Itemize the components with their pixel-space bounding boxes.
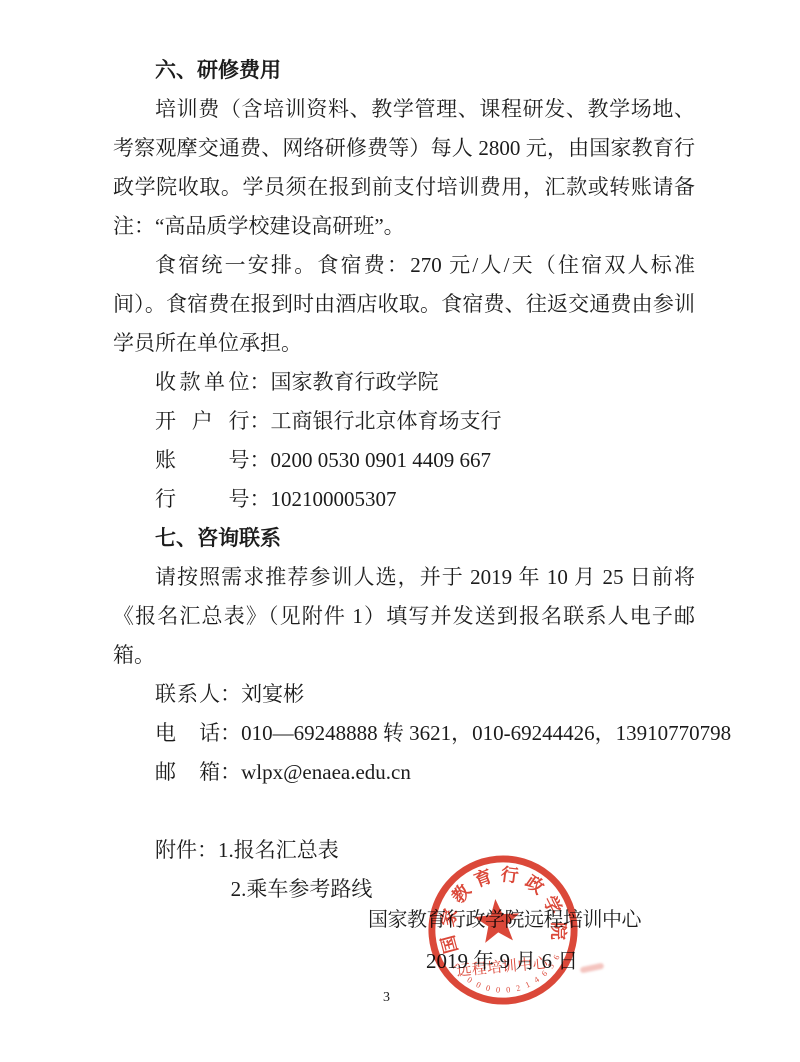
bank-value-branch: 工商银行北京体育场支行 xyxy=(271,409,502,433)
svg-text:6: 6 xyxy=(552,953,562,961)
svg-text:0: 0 xyxy=(475,980,482,990)
svg-text:0: 0 xyxy=(485,983,491,993)
bank-row-payee: 收款单位：国家教育行政学院 xyxy=(155,363,695,402)
contact-label-phone: 电话 xyxy=(155,714,220,753)
svg-text:4: 4 xyxy=(532,975,541,985)
contact-row-phone: 电话：010—69248888 转 3621，010-69244426，1391… xyxy=(155,714,695,753)
section-heading-contact: 七、咨询联系 xyxy=(113,519,695,558)
colon: ： xyxy=(250,487,271,511)
svg-text:行: 行 xyxy=(500,863,520,886)
colon: ： xyxy=(220,760,241,784)
svg-text:0: 0 xyxy=(506,985,511,994)
ink-smudge xyxy=(580,963,605,974)
svg-text:1: 1 xyxy=(524,980,532,990)
bank-value-account: 0200 0530 0901 4409 667 xyxy=(271,448,492,472)
document-page: 六、研修费用 培训费（含培训资料、教学管理、课程研发、教学场地、考察观摩交通费、… xyxy=(0,0,800,1062)
page-number: 3 xyxy=(383,988,390,1008)
attachments-label: 附件： xyxy=(155,838,218,862)
bank-label-branch: 开户行 xyxy=(155,402,250,441)
bank-label-account: 账号 xyxy=(155,441,250,480)
contact-label-person: 联系人 xyxy=(155,675,220,714)
contact-row-person: 联系人：刘宴彬 xyxy=(155,675,695,714)
bank-value-routing: 102100005307 xyxy=(271,487,397,511)
bank-row-branch: 开户行：工商银行北京体育场支行 xyxy=(155,402,695,441)
bank-label-payee: 收款单位 xyxy=(155,363,250,402)
svg-text:国: 国 xyxy=(438,933,462,956)
paragraph-training-fee: 培训费（含培训资料、教学管理、课程研发、教学场地、考察观摩交通费、网络研修费等）… xyxy=(113,90,695,246)
section-heading-fee: 六、研修费用 xyxy=(113,51,695,90)
contact-value-email: wlpx@enaea.edu.cn xyxy=(241,760,411,784)
paragraph-lodging-fee: 食宿统一安排。食宿费：270 元/人/天（住宿双人标准间）。食宿费在报到时由酒店… xyxy=(113,246,695,363)
seal-ring-text: 国家教育行政学院 xyxy=(432,858,572,956)
bank-value-payee: 国家教育行政学院 xyxy=(271,370,439,394)
official-seal: 国家教育行政学院 远程培训中心 1100000214656 xyxy=(424,851,582,1009)
contact-value-phone: 010—69248888 转 3621，010-69244426，1391077… xyxy=(241,721,731,745)
blank-line xyxy=(113,792,695,831)
bank-row-account: 账号：0200 0530 0901 4409 667 xyxy=(155,441,695,480)
colon: ： xyxy=(250,370,271,394)
attachment-item-1: 1.报名汇总表 xyxy=(218,838,339,862)
colon: ： xyxy=(220,721,241,745)
svg-text:2: 2 xyxy=(515,983,521,993)
seal-star-icon xyxy=(473,897,522,944)
colon: ： xyxy=(220,682,241,706)
svg-text:院: 院 xyxy=(548,922,569,940)
bank-row-routing: 行号：102100005307 xyxy=(155,480,695,519)
bank-label-routing: 行号 xyxy=(155,480,250,519)
svg-text:家: 家 xyxy=(436,906,461,928)
svg-text:育: 育 xyxy=(471,865,495,891)
paragraph-registration: 请按照需求推荐参训人选，并于 2019 年 10 月 25 日前将《报名汇总表》… xyxy=(113,558,695,675)
svg-text:0: 0 xyxy=(496,985,501,994)
contact-value-person: 刘宴彬 xyxy=(241,682,304,706)
contact-label-email: 邮箱 xyxy=(155,753,220,792)
colon: ： xyxy=(250,448,271,472)
contact-row-email: 邮箱：wlpx@enaea.edu.cn xyxy=(155,753,695,792)
colon: ： xyxy=(250,409,271,433)
